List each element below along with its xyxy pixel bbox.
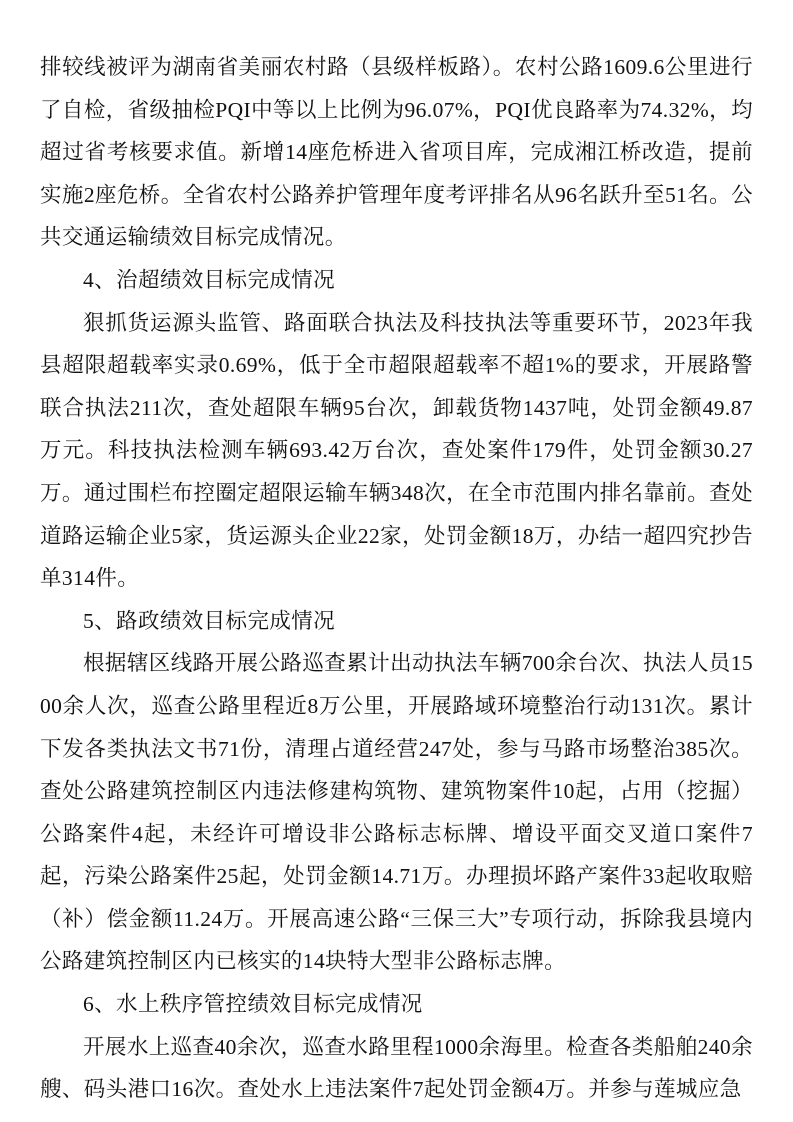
document-page: 排较线被评为湖南省美丽农村路（县级样板路）。农村公路1609.6公里进行了自检，… [0, 0, 793, 1122]
section-heading-5: 5、路政绩效目标完成情况 [40, 600, 753, 643]
section-body-5: 根据辖区线路开展公路巡查累计出动执法车辆700余台次、执法人员1500余人次，巡… [40, 642, 753, 983]
section-body-6: 开展水上巡查40余次，巡查水路里程1000余海里。检查各类船舶240余艘、码头港… [40, 1026, 753, 1111]
paragraph-continuation: 排较线被评为湖南省美丽农村路（县级样板路）。农村公路1609.6公里进行了自检，… [40, 46, 753, 259]
section-body-4: 狠抓货运源头监管、路面联合执法及科技执法等重要环节，2023年我县超限超载率实录… [40, 302, 753, 600]
section-heading-4: 4、治超绩效目标完成情况 [40, 259, 753, 302]
section-heading-6: 6、水上秩序管控绩效目标完成情况 [40, 983, 753, 1026]
